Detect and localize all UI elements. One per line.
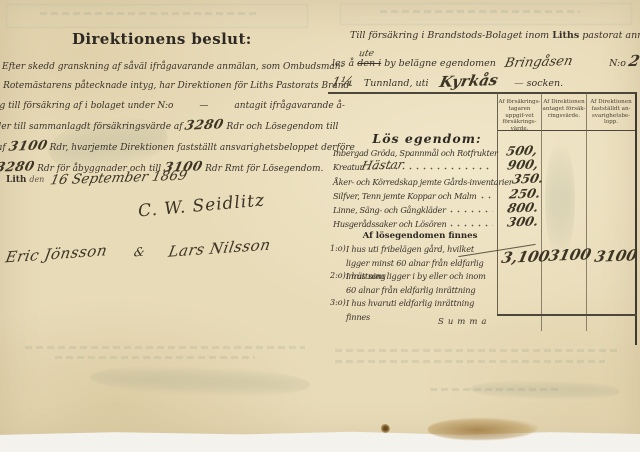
item-row-6: Husgerådssaker och Lösören <box>333 219 495 229</box>
item-value-6: 300. <box>498 213 548 230</box>
left-heading: Direktionens beslut: <box>72 30 252 48</box>
section-title-los-egendom: Lös egendom: <box>352 131 502 146</box>
line3-text-a: stodsbolag till försäkring af i bolaget … <box>0 101 173 111</box>
paragraph-line-3: stodsbolag till försäkring af i bolaget … <box>0 97 348 116</box>
item-row-1: Inbergad Gröda, Spannmål och Rotfrukter <box>333 148 495 158</box>
clause-2-text: I hus som ligger i by eller och inom 60 … <box>346 270 498 297</box>
clause-1-value-col2: 3100 <box>547 245 593 264</box>
item-row-2: Kreatur <box>333 162 495 172</box>
intro2-inserted-word: ute <box>358 49 375 60</box>
table-bottom-rule <box>497 314 637 316</box>
paper-spot <box>381 424 390 433</box>
bleedthrough-line <box>380 10 580 13</box>
den-label: den <box>29 175 44 184</box>
intro2-struck-words: den iute <box>357 58 381 69</box>
paragraph-line-4: byggnader till sammanlagdt försäkringsvä… <box>0 116 348 137</box>
clause-2-number: 2:o) <box>330 271 346 280</box>
handwritten-parish-name: Kyrkås <box>437 71 499 91</box>
line3-text-b: antagit ifrågavarande å- <box>234 101 345 111</box>
bleedthrough-line <box>335 349 620 352</box>
line6-text-b: Rdr Rmt för Lösegendom. <box>205 164 323 174</box>
intro3-text-a: Tunnland, uti <box>364 78 429 89</box>
paragraph-line-2: och Rotemästarens påtecknade intyg, har … <box>0 77 348 96</box>
decision-paragraph: Efter skedd granskning af såväl ifrågava… <box>0 58 348 180</box>
intro1-liths: Liths <box>552 30 579 41</box>
intro2-no-label: N:o <box>609 58 626 69</box>
clause-3-number: 3:o) <box>330 298 346 307</box>
section-title-af-losegendomen: Af lösegendomen finnes <box>340 231 500 241</box>
intro2-text-b: by belägne egendomen <box>384 58 496 69</box>
bleedthrough-line <box>40 12 260 15</box>
bleedthrough-line <box>25 346 305 349</box>
place-label: Lith <box>6 175 26 185</box>
table-right-border <box>635 93 637 345</box>
handwritten-property-name: Bringåsen <box>503 54 574 71</box>
handwritten-date: 16 September 1869 <box>49 168 189 189</box>
column-header-liability-amount: Af Direktionen fastställdt an-svarighets… <box>587 97 635 131</box>
paragraph-line-5: af 3100 Rdr, hvarjemte Direktionen fasts… <box>0 137 348 158</box>
line4-text-b: Rdr och Lösegendom till <box>227 122 339 132</box>
bleedthrough-line <box>55 356 255 359</box>
clause-1-number: 1:o) <box>330 244 346 253</box>
handwritten-value-3100: 3100 <box>6 137 49 158</box>
line4-text-a: byggnader till sammanlagdt försäkringsvä… <box>0 122 183 132</box>
clause-1-value-col3: 3100 <box>593 246 639 265</box>
intro2-text-a: les å <box>332 58 354 69</box>
paragraph-line-1: Efter skedd granskning af såväl ifrågava… <box>2 58 348 77</box>
handwritten-property-number: 2 <box>627 52 640 70</box>
table-top-rule <box>328 92 637 94</box>
handwritten-hastar: Hästar <box>360 157 405 172</box>
item-row-3: Åker- och Körredskap jemte Gårds-inventa… <box>333 177 495 187</box>
intro-line-3: 1¼ Tunnland, uti Kyrkås — socken. <box>332 72 563 90</box>
bleedthrough-numbers <box>545 140 575 260</box>
bleedthrough-line <box>430 388 560 391</box>
clause-1-value-col1: 3,100 <box>500 247 551 267</box>
bleedthrough-line <box>335 360 605 363</box>
item-row-4: Silfver, Tenn jemte Koppar och Malm <box>333 191 495 201</box>
intro1-text-a: Till försäkring i Brandstods-Bolaget ino… <box>350 30 549 41</box>
line5-text-a: af <box>0 143 6 153</box>
line3-dash: — <box>199 101 208 111</box>
handwritten-acreage-fraction: 1¼ <box>330 75 354 91</box>
signature-ampersand: & <box>133 245 147 260</box>
date-line: Lith den 16 September 1869 <box>6 170 187 186</box>
intro-line-2: les å den iute by belägne egendomen Brin… <box>332 52 640 70</box>
summa-label: Summa <box>438 317 491 327</box>
line5-text-b: Rdr, hvarjemte Direktionen fastställt an… <box>50 143 355 153</box>
intro3-dash: — <box>514 78 524 89</box>
item-row-5: Linne, Säng- och Gångkläder <box>333 205 495 215</box>
intro1-text-b: pastorat anmä- <box>582 30 640 41</box>
intro-line-1: Till försäkring i Brandstods-Bolaget ino… <box>350 30 640 41</box>
column-header-declared-value: Af försäkrings-tagaren uppgif-vet försäk… <box>498 97 541 131</box>
paper-stain <box>428 418 538 440</box>
scanned-document: Direktionens beslut: Efter skedd granskn… <box>0 0 640 452</box>
column-header-accepted-value: Af Direktionen antaget försäk-ringsvärde… <box>542 97 586 131</box>
item-value-3: 350. <box>503 170 553 187</box>
handwritten-value-3280: 3280 <box>183 115 226 136</box>
intro3-text-b: socken. <box>527 78 563 89</box>
